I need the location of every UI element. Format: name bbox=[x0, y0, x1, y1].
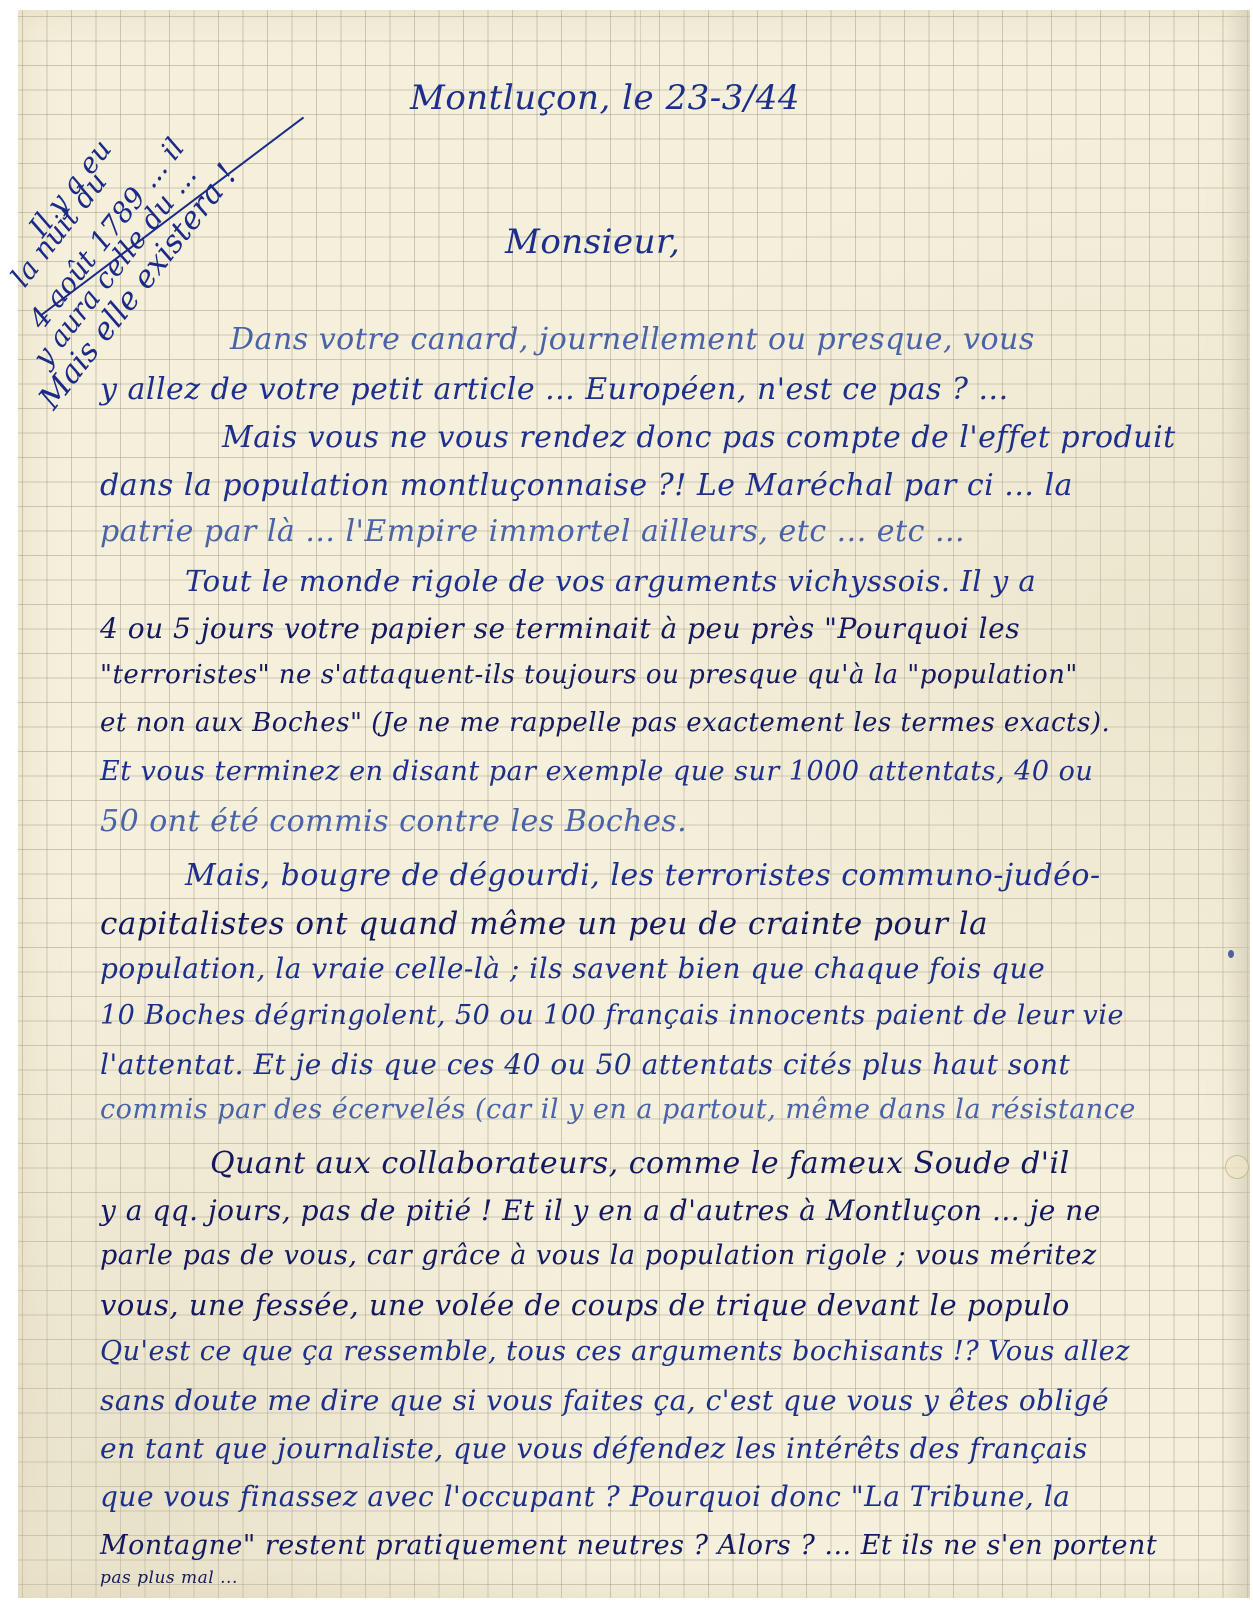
body-line: "terroristes" ne s'attaquent-ils toujour… bbox=[100, 660, 1078, 690]
body-line: commis par des écervelés (car il y en a … bbox=[100, 1094, 1136, 1125]
body-line: patrie par là ... l'Empire immortel aill… bbox=[100, 514, 965, 549]
body-line: en tant que journaliste, que vous défend… bbox=[100, 1432, 1088, 1465]
body-line: 50 ont été commis contre les Boches. bbox=[100, 804, 687, 839]
body-line: vous, une fessée, une volée de coups de … bbox=[100, 1288, 1070, 1322]
body-line: que vous finassez avec l'occupant ? Pour… bbox=[100, 1480, 1070, 1513]
body-line: Et vous terminez en disant par exemple q… bbox=[100, 756, 1093, 787]
ink-spot bbox=[1228, 950, 1234, 958]
body-line: dans la population montluçonnaise ?! Le … bbox=[100, 468, 1073, 503]
body-line: 4 ou 5 jours votre papier se terminait à… bbox=[100, 612, 1020, 645]
body-line: capitalistes ont quand même un peu de cr… bbox=[100, 906, 988, 942]
paper-stain bbox=[1225, 1155, 1249, 1179]
salutation: Monsieur, bbox=[505, 222, 680, 262]
place-date: Montluçon, le 23-3/44 bbox=[410, 78, 800, 118]
body-line: y allez de votre petit article ... Europ… bbox=[100, 372, 1009, 407]
body-line: Tout le monde rigole de vos arguments vi… bbox=[185, 564, 1036, 598]
body-line: 10 Boches dégringolent, 50 ou 100 frança… bbox=[100, 1000, 1124, 1031]
body-line: y a qq. jours, pas de pitié ! Et il y en… bbox=[100, 1194, 1101, 1227]
body-line: et non aux Boches" (Je ne me rappelle pa… bbox=[100, 708, 1110, 738]
footer-line: pas plus mal ... bbox=[100, 1568, 238, 1588]
body-line: parle pas de vous, car grâce à vous la p… bbox=[100, 1240, 1097, 1271]
body-line: Montagne" restent pratiquement neutres ?… bbox=[100, 1530, 1157, 1561]
body-line: l'attentat. Et je dis que ces 40 ou 50 a… bbox=[100, 1048, 1070, 1081]
body-line: Qu'est ce que ça ressemble, tous ces arg… bbox=[100, 1336, 1130, 1367]
body-line: Mais vous ne vous rendez donc pas compte… bbox=[222, 420, 1176, 455]
body-line: Mais, bougre de dégourdi, les terroriste… bbox=[185, 858, 1101, 893]
body-line: population, la vraie celle-là ; ils save… bbox=[100, 952, 1045, 985]
body-line: Quant aux collaborateurs, comme le fameu… bbox=[210, 1146, 1070, 1181]
body-line: sans doute me dire que si vous faites ça… bbox=[100, 1384, 1109, 1417]
body-line: Dans votre canard, journellement ou pres… bbox=[230, 322, 1035, 357]
